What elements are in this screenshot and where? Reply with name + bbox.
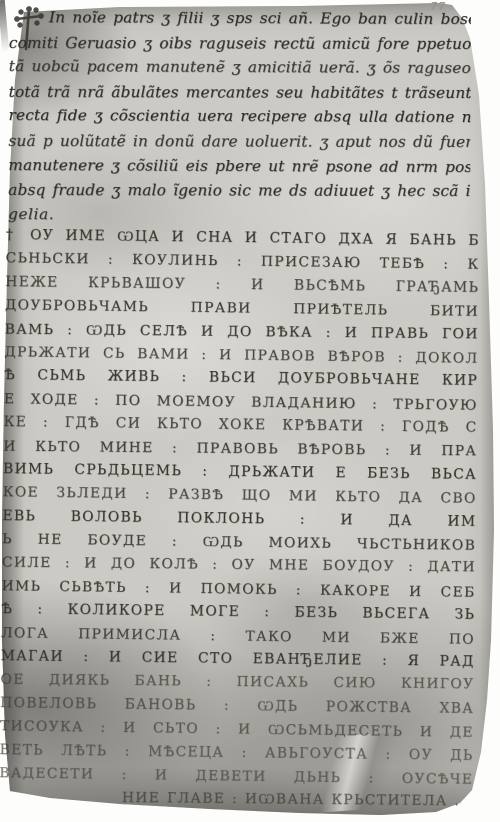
latin-text-line: manutenere ʒ cõsiliũ eis pbere ut nrẽ ps… bbox=[8, 153, 470, 180]
cyrillic-text-block: † ОУ ИМЕ ѠЦА И СНА И СТАГО ДХА Я БАНЬ БС… bbox=[0, 224, 480, 815]
cyrillic-text-line: И КЬТО МИНЕ : ПРАВОВЬ ВѢРОВЬ : И ПРА bbox=[3, 435, 477, 463]
latin-text-line: totã trã nrã ãbulãtes mercantes seu habi… bbox=[9, 80, 471, 106]
latin-text-line: In noĩe patrs ʒ filii ʒ sps sci añ. Ego … bbox=[9, 5, 471, 32]
manuscript-photograph: 77 In noĩe patrs ʒ filii ʒ sps sci añ. E… bbox=[0, 0, 500, 822]
cyrillic-text-line: НИЕ ГЛАВЕ : ИѠВАНА КРЬСТИТЕЛА . bbox=[0, 786, 473, 814]
latin-text-line: recta fide ʒ cõscientia uera recipere ab… bbox=[8, 103, 470, 130]
latin-text-line: absq fraude ʒ malo ĩgenio sic me ds adiu… bbox=[8, 178, 470, 204]
latin-text-line: tã uobcũ pacem manutenẽ ʒ amicitiã uerã.… bbox=[9, 54, 471, 81]
latin-text-line: comiti Geruasio ʒ oibs raguseis rectũ am… bbox=[9, 30, 471, 56]
latin-text-block: In noĩe patrs ʒ filii ʒ sps sci añ. Ego … bbox=[8, 5, 471, 228]
latin-text-line: suã p uolũtatẽ in donũ dare uoluerit. ʒ … bbox=[8, 129, 470, 155]
